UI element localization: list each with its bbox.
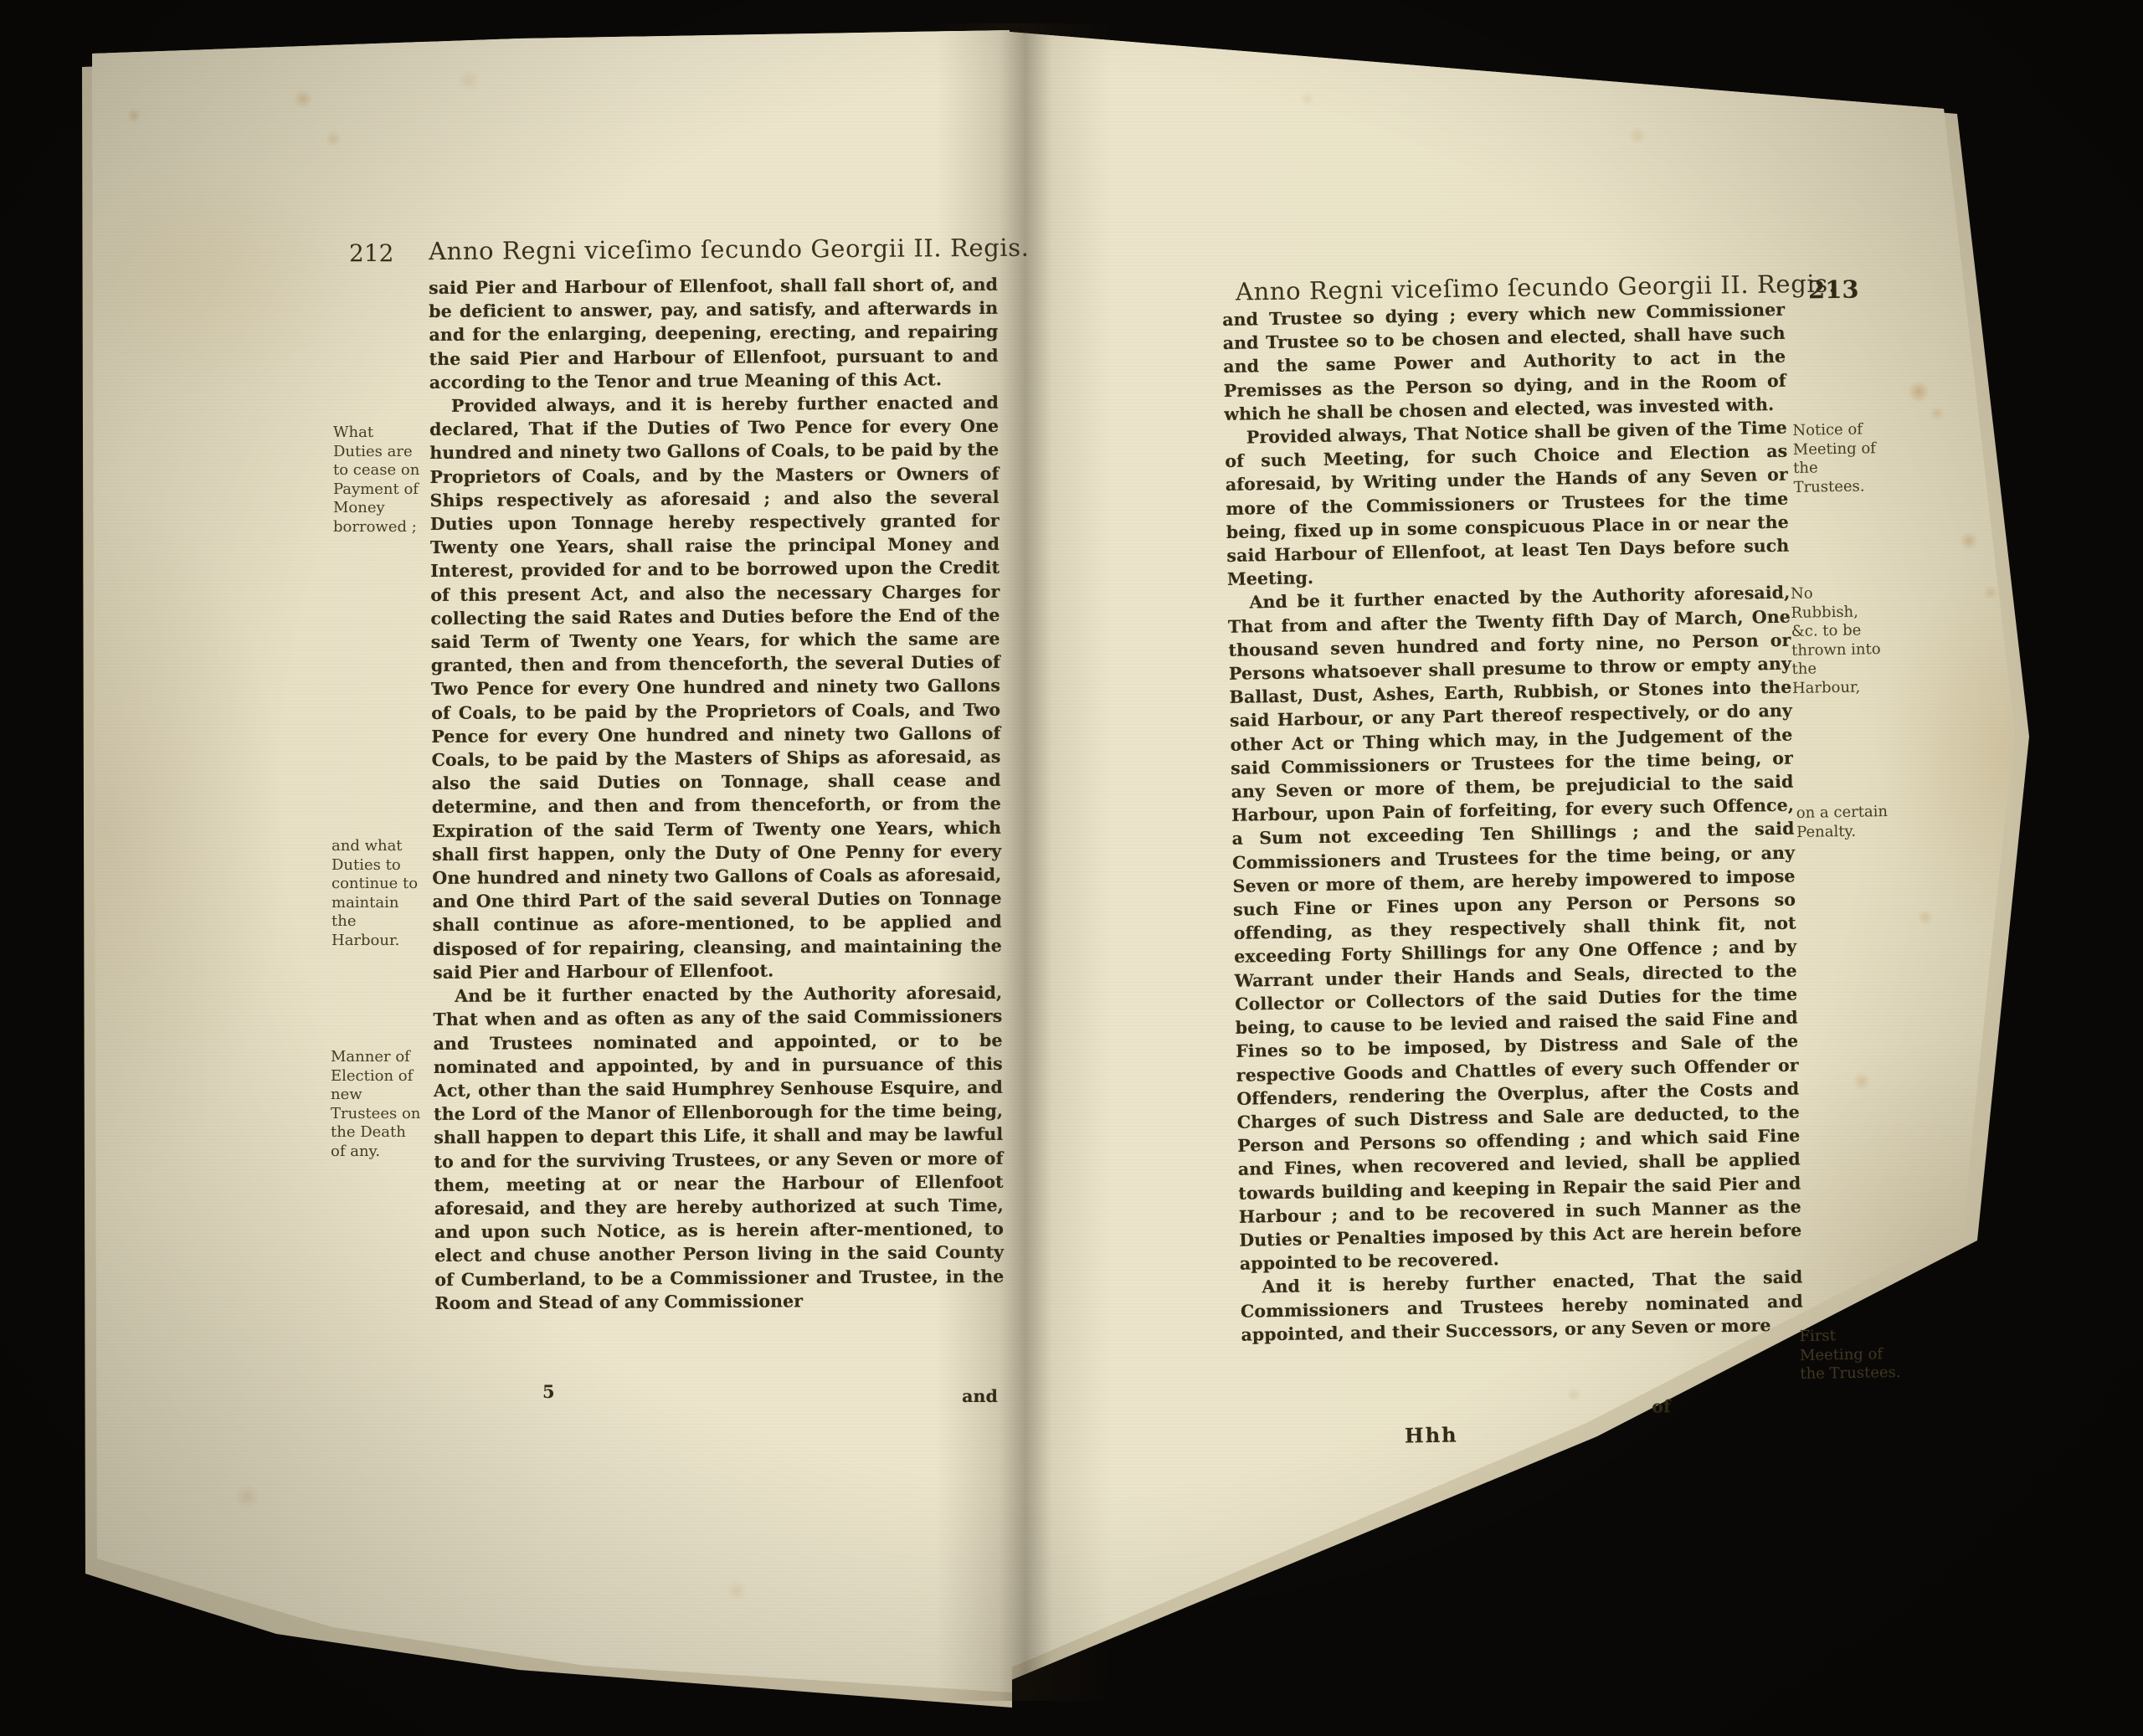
paragraph: And be it further enacted by the Authori… xyxy=(1227,581,1802,1276)
right-page-number: 213 xyxy=(1808,275,1859,305)
paragraph: and Trustee so dying ; every which new C… xyxy=(1222,298,1786,426)
catchword: and xyxy=(429,1386,998,1406)
paragraph: And it is hereby further enacted, That t… xyxy=(1240,1266,1803,1347)
margin-note: What Duties are to cease on Payment of M… xyxy=(333,424,427,537)
margin-note: and what Duties to continue to maintain … xyxy=(331,837,425,950)
margin-note: Manner of Election of new Trustees on th… xyxy=(331,1048,424,1161)
margin-note: First Meeting of the Trustees. xyxy=(1799,1326,1902,1384)
margin-note: on a certain Penalty. xyxy=(1796,803,1891,842)
paragraph: Provided always, That Notice shall be gi… xyxy=(1225,416,1791,592)
left-page-number: 212 xyxy=(349,239,393,267)
margin-note: Notice of Meeting of the Trustees. xyxy=(1792,420,1888,497)
right-page-text-block: and Trustee so dying ; every which new C… xyxy=(1222,298,1804,1347)
signature-mark: Hhh xyxy=(1405,1422,1458,1447)
paragraph: And be it further enacted by the Authori… xyxy=(433,981,1004,1315)
paragraph: Provided always, and it is hereby furthe… xyxy=(429,391,1002,984)
left-page-text-block: said Pier and Harbour of Ellenfoot, shal… xyxy=(429,273,1005,1315)
paragraph: said Pier and Harbour of Ellenfoot, shal… xyxy=(429,273,999,394)
margin-note: No Rubbish, &c. to be thrown into the Ha… xyxy=(1791,583,1886,698)
left-running-header: Anno Regni viceſimo ſecundo Georgii II. … xyxy=(429,234,998,265)
